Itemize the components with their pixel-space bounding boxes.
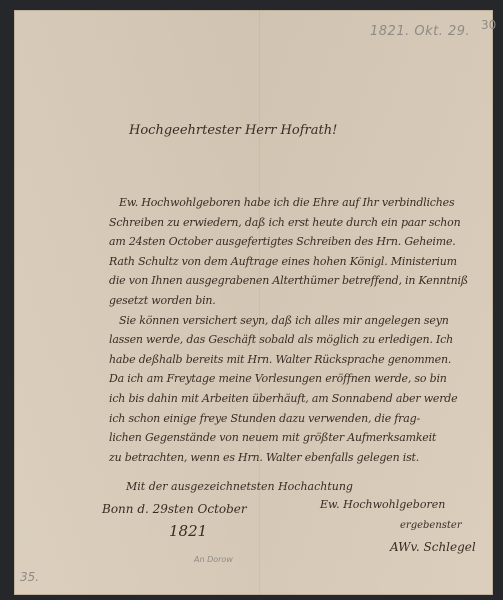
body-line: lichen Gegenstände von neuem mit größter… [109, 428, 499, 448]
letter-body: Ew. Hochwohlgeboren habe ich die Ehre au… [119, 193, 499, 467]
salutation: Hochgeehrtester Herr Hofrath! [129, 123, 337, 138]
body-line: Ew. Hochwohlgeboren habe ich die Ehre au… [119, 193, 499, 213]
body-line: Sie können versichert seyn, daß ich alle… [119, 311, 499, 331]
body-line: habe deßhalb bereits mit Hrn. Walter Rüc… [109, 350, 499, 370]
place-date: Bonn d. 29sten October [102, 502, 247, 516]
body-line: lassen werde, das Geschäft sobald als mö… [109, 330, 499, 350]
body-line: zu betrachten, wenn es Hrn. Walter ebenf… [109, 448, 499, 468]
archive-date-annotation: 1821. Okt. 29. [370, 24, 470, 39]
folio-number: 30 [481, 18, 496, 32]
year: 1821 [169, 522, 207, 540]
closing-title: Ew. Hochwohlgeboren [320, 498, 445, 511]
body-line: Da ich am Freytage meine Vorlesungen erö… [109, 369, 499, 389]
body-line: am 24sten October ausgefertigtes Schreib… [109, 232, 499, 252]
body-line: die von Ihnen ausgegrabenen Alterthümer … [109, 271, 499, 291]
signature: AWv. Schlegel [390, 540, 476, 554]
body-line: gesetzt worden bin. [109, 291, 499, 311]
body-line: Schreiben zu erwiedern, daß ich erst heu… [109, 213, 499, 233]
bottom-number-annotation: 35. [20, 570, 39, 584]
signature-prefix: ergebenster [400, 520, 462, 531]
body-line: Rath Schultz von dem Auftrage eines hohe… [109, 252, 499, 272]
body-line: ich schon einige freye Stunden dazu verw… [109, 409, 499, 429]
closing-line: Mit der ausgezeichnetsten Hochachtung [126, 480, 353, 493]
body-line: ich bis dahin mit Arbeiten überhäuft, am… [109, 389, 499, 409]
letter-sheet: 1821. Okt. 29. 30 Hochgeehrtester Herr H… [14, 10, 493, 595]
recipient-annotation: An Dorow [194, 555, 233, 564]
